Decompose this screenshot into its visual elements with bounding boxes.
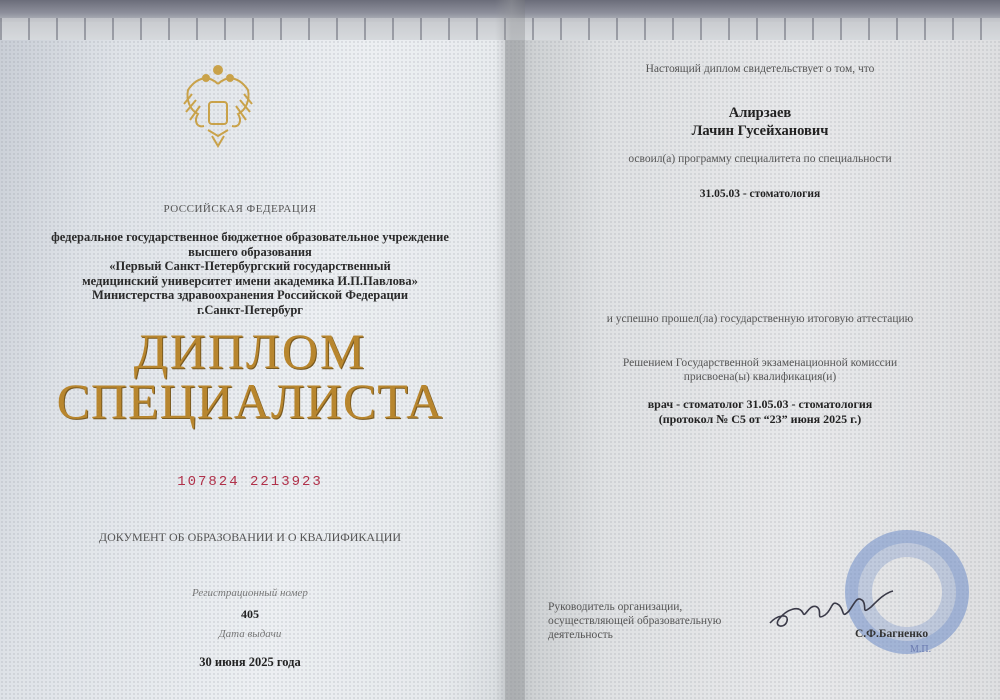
issue-date-label: Дата выдачи: [100, 628, 400, 640]
seal-mark: М.П.: [910, 644, 931, 655]
decision-line: присвоена(ы) квалификация(и): [520, 370, 1000, 384]
institution-line: высшего образования: [0, 245, 500, 260]
commission-decision: Решением Государственной экзаменационной…: [520, 356, 1000, 384]
institution-line: Министерства здравоохранения Российской …: [0, 288, 500, 303]
head-of-organization-label: Руководитель организации, осуществляющей…: [548, 600, 721, 642]
graduate-given-names: Лачин Гусейханович: [520, 123, 1000, 140]
institution-line: г.Санкт-Петербург: [0, 303, 500, 318]
head-label-line: Руководитель организации,: [548, 600, 721, 614]
institution-line: федеральное государственное бюджетное об…: [0, 230, 500, 245]
head-label-line: деятельность: [548, 628, 721, 642]
attestation-text: и успешно прошел(ла) государственную ито…: [520, 313, 1000, 325]
institution-line: медицинский университет имени академика …: [0, 274, 500, 289]
head-label-line: осуществляющей образовательную: [548, 614, 721, 628]
diploma-subtitle: СПЕЦИАЛИСТА: [30, 375, 470, 427]
institution-name: федеральное государственное бюджетное об…: [0, 230, 500, 317]
registration-number: 405: [100, 607, 400, 622]
protocol-line: (протокол № С5 от “23” июня 2025 г.): [520, 412, 1000, 427]
signer-name: С.Ф.Багненко: [855, 628, 928, 640]
graduate-surname: Алирзаев: [520, 105, 1000, 122]
qualification: врач - стоматолог 31.05.03 - стоматологи…: [520, 397, 1000, 427]
country-label: РОССИЙСКАЯ ФЕДЕРАЦИЯ: [100, 203, 380, 215]
document-type: ДОКУМЕНТ ОБ ОБРАЗОВАНИИ И О КВАЛИФИКАЦИИ: [0, 530, 500, 545]
russian-coat-of-arms-icon: [178, 64, 258, 154]
diploma-title: ДИПЛОМ: [30, 325, 470, 377]
issue-date: 30 июня 2025 года: [100, 655, 400, 670]
qualification-line: врач - стоматолог 31.05.03 - стоматологи…: [520, 397, 1000, 412]
certifies-text: Настоящий диплом свидетельствует о том, …: [520, 63, 1000, 75]
decision-line: Решением Государственной экзаменационной…: [520, 356, 1000, 370]
specialty: 31.05.03 - стоматология: [520, 188, 1000, 200]
institution-line: «Первый Санкт-Петербургский государствен…: [0, 259, 500, 274]
registration-label: Регистрационный номер: [100, 587, 400, 599]
program-text: освоил(а) программу специалитета по спец…: [520, 153, 1000, 165]
serial-number: 107824 2213923: [100, 474, 400, 490]
